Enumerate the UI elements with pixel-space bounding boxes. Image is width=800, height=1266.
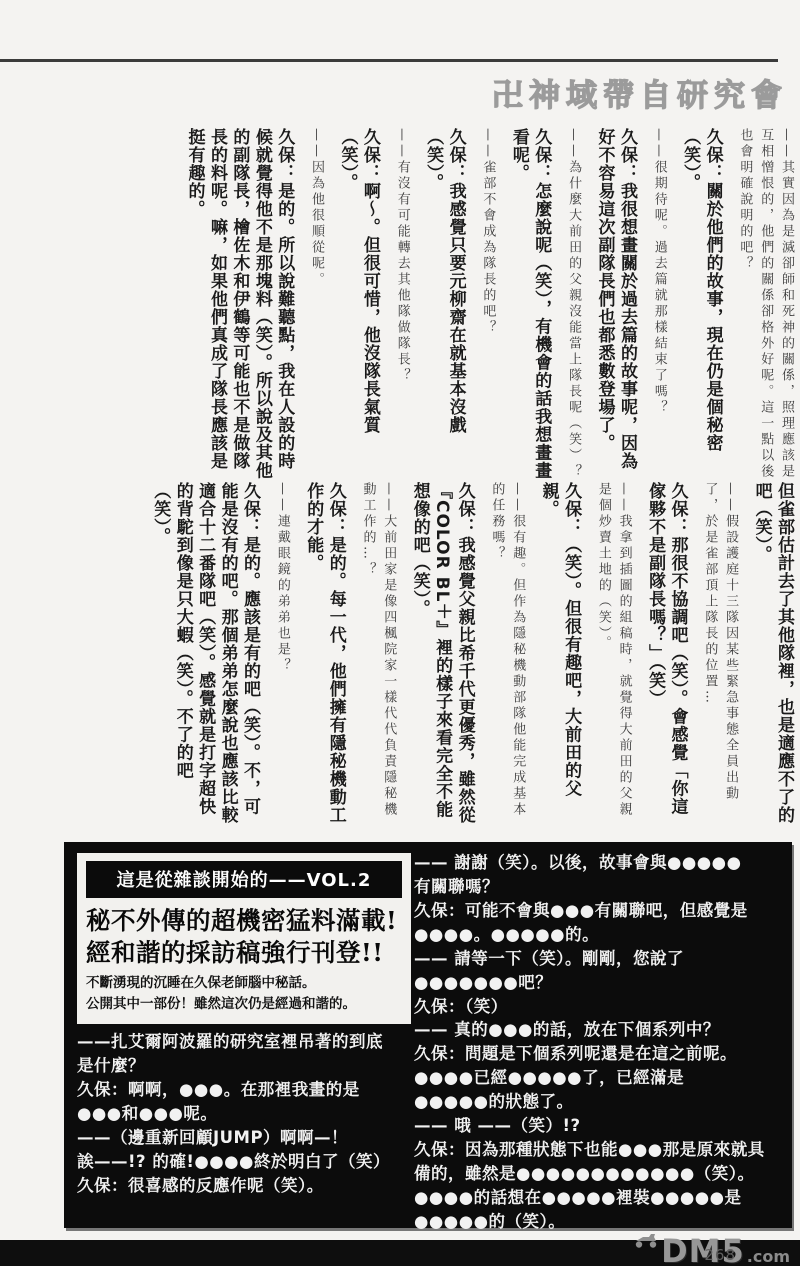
panel-header: 這是從雜談開始的——VOL.2 xyxy=(86,861,402,898)
text-line: —— 請等一下（笑）。剛剛，您說了 xyxy=(414,947,786,971)
text-line: 久保：（笑） xyxy=(414,995,786,1019)
interviewer-question: ——大前田家是像四楓院家一樣代代負責隱秘機動工作的…？ xyxy=(357,482,399,826)
kubo-answer: 但雀部估計去了其他隊裡，也是適應不了的吧（笑）。 xyxy=(750,482,795,826)
interviewer-question: ——很期待呢。過去篇就那樣結束了嗎？ xyxy=(648,128,669,480)
interviewer-question: ——有沒有可能轉去其他隊做隊長？ xyxy=(391,128,412,480)
interviewer-question: ——假設護庭十三隊因某些緊急事態全員出動了，於是雀部頂上隊長的位置… xyxy=(699,482,741,826)
text-line: 有關聯嗎？ xyxy=(414,875,786,899)
interview-block-upper: ——其實因為是滅卻師和死神的關係，照理應該是互相憎恨的，他們的關係卻格外好呢。這… xyxy=(70,128,796,480)
interviewer-question: ——為什麼大前田的父親沒能當上隊長呢（笑）？ xyxy=(562,128,583,480)
text-line: ●●●●●●●吧？ xyxy=(414,971,786,995)
panel-headline-1: 秘不外傳的超機密猛料滿載! xyxy=(86,905,402,937)
kubo-answer: 久保：怎麼說呢（笑），有機會的話我想畫畫看呢。 xyxy=(507,128,552,480)
kubo-answer: 久保：我感覺只要元柳齋在就基本沒戲（笑）。 xyxy=(422,128,467,480)
kubo-answer: 久保：那很不協調吧（笑）。會感覺「你這傢夥不是副隊長嗎？」（笑） xyxy=(644,482,689,826)
panel-subtext-1: 不斷湧現的沉睡在久保老師腦中秘話。 xyxy=(86,973,402,994)
text-line: 備的，雖然是●●●●●●●●●●●●（笑）。 xyxy=(414,1162,786,1186)
kubo-answer: 久保：我感覺父親比希千代更優秀，雖然從『COLOR BL＋』裡的樣子來看完全不能… xyxy=(408,482,475,826)
text-line: 久保：可能不會與●●●有關聯吧，但感覺是 xyxy=(414,899,786,923)
interviewer-question: ——我拿到插圖的組稿時，就覺得大前田的父親是個炒賣土地的（笑）。 xyxy=(592,482,634,826)
text-line: 久保：因為那種狀態下也能●●●那是原來就具 xyxy=(414,1138,786,1162)
text-line: ●●●●。●●●●●的。 xyxy=(414,923,786,947)
kubo-answer: 久保：啊～。但很可惜，他沒隊長氣質（笑）。 xyxy=(336,128,381,480)
page-top-rule xyxy=(0,59,778,62)
kubo-answer: 久保：是的。應該是有的吧（笑）。不，可能是沒有的吧。那個弟弟怎麼說也應該比較適合… xyxy=(149,482,261,826)
kubo-answer: 久保：是的。所以說難聽點，我在人設的時候就覺得他不是那塊料（笑）。所以說及其他的… xyxy=(183,128,295,480)
text-line: 久保：問題是下個系列呢還是在這之前呢。 xyxy=(414,1042,786,1066)
kubo-answer: 久保：是的。每一代，他們擁有隱秘機動工作的才能。 xyxy=(302,482,347,826)
secret-talk-left-column: ——扎艾爾阿波羅的研究室裡吊著的到底是什麼？久保：啊啊，●●●。在那裡我畫的是●… xyxy=(77,1030,413,1197)
watermark-suffix: .com xyxy=(747,1247,790,1266)
text-line: —— 哦 ——（笑）!? xyxy=(414,1114,786,1138)
text-line: —— 謝謝（笑）。以後，故事會與●●●●● xyxy=(414,851,786,875)
secret-talk-section: 這是從雜談開始的——VOL.2 秘不外傳的超機密猛料滿載! 經和諧的採訪稿強行刊… xyxy=(64,842,792,1228)
kubo-answer: 久保：（笑）。但很有趣吧，大前田的父親。 xyxy=(537,482,582,826)
page-number: 268 xyxy=(704,1246,736,1264)
text-line: ●●●●的話想在●●●●●裡裝●●●●●是 xyxy=(414,1186,786,1210)
interviewer-question: ——雀部不會成為隊長的吧？ xyxy=(477,128,498,480)
interviewer-question: ——很有趣。但作為隱秘機動部隊他能完成基本的任務嗎？ xyxy=(486,482,528,826)
kubo-answer: 久保：我很想畫關於過去篇的故事呢，因為好不容易這次副隊長們也都悉數登場了。 xyxy=(593,128,638,480)
text-line: 是什麼？ xyxy=(77,1054,413,1078)
interviewer-question: ——因為他很順從呢。 xyxy=(305,128,326,480)
panel-subtext-2: 公開其中一部份！雖然這次仍是經過和諧的。 xyxy=(86,994,402,1015)
scooter-icon xyxy=(633,1232,659,1252)
text-line: —— 真的●●●的話，放在下個系列中？ xyxy=(414,1018,786,1042)
interview-block-lower: 但雀部估計去了其他隊裡，也是適應不了的吧（笑）。——假設護庭十三隊因某些緊急事態… xyxy=(88,482,795,826)
text-line: ——（邊重新回顧JUMP）啊啊—！ xyxy=(77,1126,413,1150)
text-line: ●●●●已經●●●●●了，已經滿是 xyxy=(414,1066,786,1090)
text-line: ●●●和●●●呢。 xyxy=(77,1102,413,1126)
text-line: ●●●●●的狀態了。 xyxy=(414,1090,786,1114)
text-line: 誒——!? 的確!●●●●終於明白了（笑） xyxy=(77,1150,413,1174)
secret-talk-right-column: —— 謝謝（笑）。以後，故事會與●●●●●有關聯嗎？久保：可能不會與●●●有關聯… xyxy=(414,851,786,1234)
kubo-answer: 久保：關於他們的故事，現在仍是個秘密（笑）。 xyxy=(679,128,724,480)
interviewer-question: ——連戴眼鏡的弟弟也是？ xyxy=(271,482,292,826)
interviewer-question: ——其實因為是滅卻師和死神的關係，照理應該是互相憎恨的，他們的關係卻格外好呢。這… xyxy=(734,128,796,480)
text-line: 久保：很喜感的反應作呢（笑）。 xyxy=(77,1174,413,1198)
text-line: 久保：啊啊，●●●。在那裡我畫的是 xyxy=(77,1078,413,1102)
text-line: ——扎艾爾阿波羅的研究室裡吊著的到底 xyxy=(77,1030,413,1054)
page-title-logo: 卍神域帶自研究會 xyxy=(492,70,788,115)
secret-talk-panel: 這是從雜談開始的——VOL.2 秘不外傳的超機密猛料滿載! 經和諧的採訪稿強行刊… xyxy=(77,853,411,1024)
panel-headline-2: 經和諧的採訪稿強行刊登!! xyxy=(86,937,402,969)
